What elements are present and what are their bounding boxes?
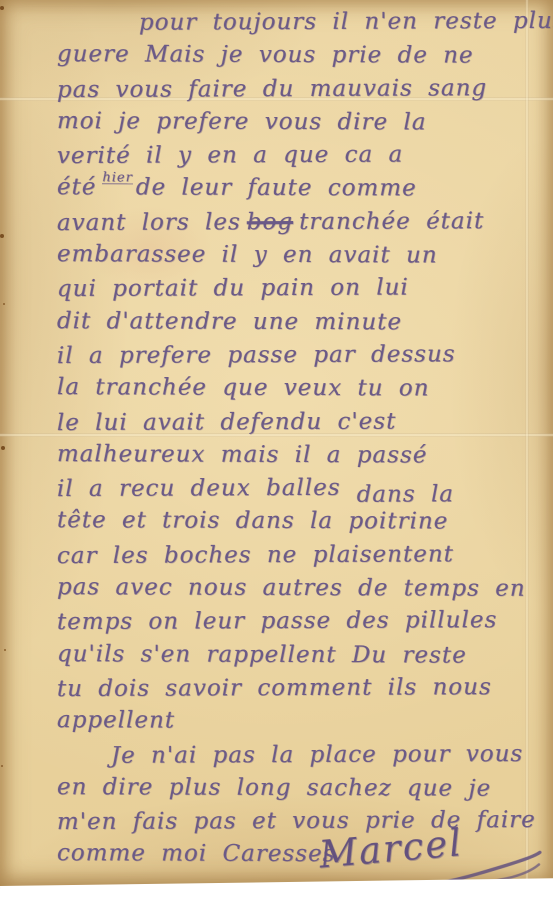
- letter-line: il a prefere passe par dessus: [57, 338, 547, 373]
- letter-line: verité il y en a que ca a: [57, 138, 547, 173]
- letter-line-with-strikethrough: avant lors lesbogtranchée était: [57, 205, 547, 240]
- letter-line: dit d'attendre une minute: [57, 305, 547, 340]
- letter-line: qu'ils s'en rappellent Du reste: [57, 638, 547, 673]
- line-segment: il a recu deux balles: [57, 475, 341, 502]
- letter-body: pour toujours il n'en reste plus guere M…: [57, 6, 547, 872]
- letter-line: en dire plus long sachez que je: [57, 771, 547, 806]
- letter-line: embarassee il y en avait un: [57, 238, 547, 273]
- letter-line: pour toujours il n'en reste plus: [57, 5, 547, 40]
- letter-line: car les boches ne plaisentent: [57, 538, 547, 573]
- letter-line: pas avec nous autres de temps en: [57, 571, 547, 606]
- line-segment: tranchée était: [299, 208, 484, 235]
- letter-line: malheureux mais il a passé: [57, 438, 547, 473]
- letter-line: le lui avait defendu c'est: [57, 404, 547, 439]
- line-segment: avant lors les: [57, 209, 241, 236]
- scanned-letter: pour toujours il n'en reste plus guere M…: [0, 0, 553, 900]
- letter-line: guere Mais je vous prie de ne: [57, 38, 547, 73]
- letter-page: pour toujours il n'en reste plus guere M…: [0, 0, 553, 889]
- letter-line-with-insertion: étéhierde leur faute comme: [57, 172, 547, 207]
- struck-word: bog: [247, 209, 293, 235]
- letter-line: tête et trois dans la poitrine: [57, 505, 547, 540]
- letter-line: qui portait du pain on lui: [57, 271, 547, 306]
- inserted-word: hier: [102, 174, 132, 185]
- line-segment: été: [57, 175, 97, 201]
- letter-line: temps on leur passe des pillules: [57, 604, 547, 639]
- letter-line: la tranchée que veux tu on: [57, 371, 547, 406]
- letter-line: appellent: [57, 704, 547, 739]
- letter-line: pas vous faire du mauvais sang: [57, 72, 547, 107]
- paper-specks: [0, 6, 4, 10]
- line-segment: de leur faute comme: [136, 175, 417, 202]
- letter-line-with-offset: il a recu deux ballesdans la: [57, 471, 547, 506]
- letter-line: Je n'ai pas la place pour vous: [57, 737, 547, 772]
- letter-line: moi je prefere vous dire la: [57, 105, 547, 140]
- letter-line: tu dois savoir comment ils nous: [57, 671, 547, 706]
